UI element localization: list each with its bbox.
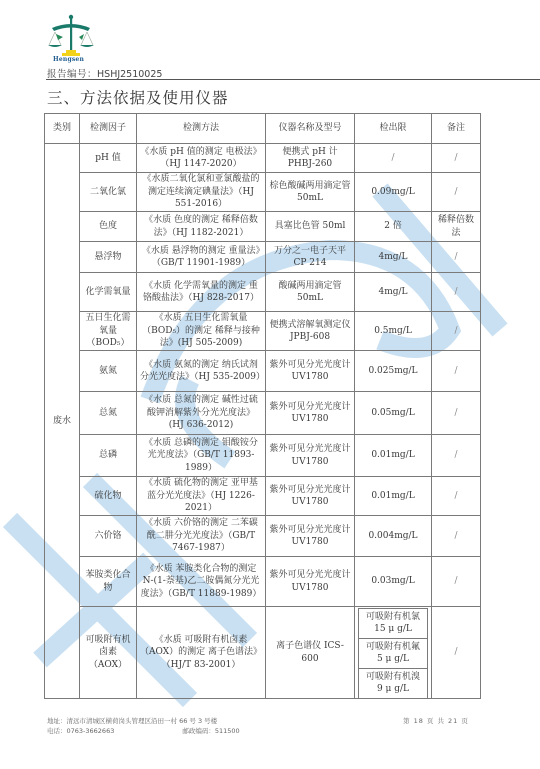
table-row: 五日生化需氧量（BOD₅） 《水质 五日生化需氧量（BOD₅）的测定 稀释与接种… — [45, 312, 481, 351]
limit-cell: / — [355, 144, 432, 173]
method-cell: 《水质 硫化物的测定 亚甲基蓝分光光度法》（HJ 1226-2021） — [137, 477, 266, 516]
limit-cell: 0.03mg/L — [355, 557, 432, 607]
method-cell: 《水质 氨氮的测定 纳氏试剂分光光度法》（HJ 535-2009） — [137, 351, 266, 392]
instrument-cell: 离子色谱仪 ICS-600 — [266, 607, 355, 699]
factor-cell: 悬浮物 — [80, 242, 137, 273]
instrument-cell: 便携式溶解氧测定仪 JPBJ-608 — [266, 312, 355, 351]
instrument-cell: 具塞比色管 50ml — [266, 212, 355, 242]
col-header-factor: 检测因子 — [80, 114, 137, 144]
table-row-aox: 可吸附有机卤素（AOX） 《水质 可吸附有机卤素（AOX）的测定 离子色谱法》（… — [45, 607, 481, 699]
limit-cell: 2 倍 — [355, 212, 432, 242]
factor-cell: 可吸附有机卤素（AOX） — [80, 607, 137, 699]
note-cell: / — [432, 516, 481, 557]
limit-value: 15 μ g/L — [362, 623, 424, 636]
note-cell: / — [432, 312, 481, 351]
table-row: 总氮 《水质 总氮的测定 碱性过硫酸钾消解紫外分光光度法》(HJ 636-201… — [45, 392, 481, 435]
limit-cell: 0.5mg/L — [355, 312, 432, 351]
col-header-limit: 检出限 — [355, 114, 432, 144]
col-header-method: 检测方法 — [137, 114, 266, 144]
factor-cell: 总磷 — [80, 435, 137, 477]
factor-cell: 总氮 — [80, 392, 137, 435]
footer-phone: 电话：0763-3662663 — [47, 727, 114, 735]
method-cell: 《水质 pH 值的测定 电极法》（HJ 1147-2020） — [137, 144, 266, 173]
method-cell: 《水质 悬浮物的测定 重量法》（GB/T 11901-1989） — [137, 242, 266, 273]
limit-cell: 0.09mg/L — [355, 173, 432, 212]
note-cell: / — [432, 144, 481, 173]
note-cell: / — [432, 477, 481, 516]
limit-cell: 0.05mg/L — [355, 392, 432, 435]
method-cell: 《水质二氧化氯和亚氯酸盐的测定连续滴定碘量法》（HJ 551-2016） — [137, 173, 266, 212]
method-cell: 《水质 五日生化需氧量（BOD₅）的测定 稀释与接种法》(HJ 505-2009… — [137, 312, 266, 351]
instrument-cell: 紫外可见分光光度计 UV1780 — [266, 557, 355, 607]
logo-text: Hengsen — [53, 56, 84, 63]
instrument-cell: 紫外可见分光光度计 UV1780 — [266, 351, 355, 392]
method-cell: 《水质 色度的测定 稀释倍数法》（HJ 1182-2021） — [137, 212, 266, 242]
section-title: 三、方法依据及使用仪器 — [47, 86, 229, 108]
col-header-instrument: 仪器名称及型号 — [266, 114, 355, 144]
note-cell: / — [432, 173, 481, 212]
factor-cell: 氨氮 — [80, 351, 137, 392]
footer-postcode: 邮政编码：511500 — [182, 726, 239, 736]
note-cell: / — [432, 435, 481, 477]
table-row: 六价铬 《水质 六价铬的测定 二苯碳酰二肼分光光度法》（GB/T 7467-19… — [45, 516, 481, 557]
instrument-cell: 紫外可见分光光度计 UV1780 — [266, 477, 355, 516]
table-header-row: 类别 检测因子 检测方法 仪器名称及型号 检出限 备注 — [45, 114, 481, 144]
instrument-cell: 酸碱两用滴定管 50mL — [266, 273, 355, 312]
method-cell: 《水质 六价铬的测定 二苯碳酰二肼分光光度法》（GB/T 7467-1987） — [137, 516, 266, 557]
table-row: 色度 《水质 色度的测定 稀释倍数法》（HJ 1182-2021） 具塞比色管 … — [45, 212, 481, 242]
header-divider — [46, 79, 540, 80]
instrument-cell: 紫外可见分光光度计 UV1780 — [266, 392, 355, 435]
note-cell: / — [432, 273, 481, 312]
note-cell: / — [432, 351, 481, 392]
limit-cell: 4mg/L — [355, 273, 432, 312]
hengsen-logo-icon — [46, 12, 96, 62]
page-number: 第 18 页 共 21 页 — [403, 716, 469, 726]
category-cell: 废水 — [45, 144, 80, 699]
note-cell: / — [432, 557, 481, 607]
table-row: 化学需氧量 《水质 化学需氧量的测定 重铬酸盐法》（HJ 828-2017） 酸… — [45, 273, 481, 312]
instrument-cell: 棕色酸碱两用滴定管 50mL — [266, 173, 355, 212]
limit-name: 可吸附有机氟 — [362, 641, 424, 654]
table-row: 二氧化氯 《水质二氧化氯和亚氯酸盐的测定连续滴定碘量法》（HJ 551-2016… — [45, 173, 481, 212]
instrument-cell: 便携式 pH 计 PHBJ-260 — [266, 144, 355, 173]
table-row: 悬浮物 《水质 悬浮物的测定 重量法》（GB/T 11901-1989） 万分之… — [45, 242, 481, 273]
note-cell: / — [432, 392, 481, 435]
table-row: 苯胺类化合物 《水质 苯胺类化合物的测定 N-(1-萘基)乙二胺偶氮分光光度法》… — [45, 557, 481, 607]
instrument-cell: 紫外可见分光光度计 UV1780 — [266, 435, 355, 477]
factor-cell: 六价铬 — [80, 516, 137, 557]
note-cell: / — [432, 607, 481, 699]
table-row: 硫化物 《水质 硫化物的测定 亚甲基蓝分光光度法》（HJ 1226-2021） … — [45, 477, 481, 516]
limit-cell: 0.01mg/L — [355, 435, 432, 477]
limit-cell: 0.01mg/L — [355, 477, 432, 516]
limit-name: 可吸附有机溴 — [362, 671, 424, 684]
instrument-cell: 万分之一电子天平 CP 214 — [266, 242, 355, 273]
instrument-cell: 紫外可见分光光度计 UV1780 — [266, 516, 355, 557]
note-cell: / — [432, 242, 481, 273]
report-number: 报告编号：HSHJ2510025 — [47, 66, 162, 80]
limit-cell: 4mg/L — [355, 242, 432, 273]
factor-cell: 五日生化需氧量（BOD₅） — [80, 312, 137, 351]
limit-subcell-group: 可吸附有机氯15 μ g/L 可吸附有机氟5 μ g/L 可吸附有机溴9 μ g… — [355, 607, 432, 699]
col-header-category: 类别 — [45, 114, 80, 144]
method-cell: 《水质 化学需氧量的测定 重铬酸盐法》（HJ 828-2017） — [137, 273, 266, 312]
aox-limit-bromine: 可吸附有机溴9 μ g/L — [359, 668, 428, 698]
factor-cell: 化学需氧量 — [80, 273, 137, 312]
limit-value: 9 μ g/L — [362, 683, 424, 696]
method-cell: 《水质 总磷的测定 钼酸铵分光光度法》（GB/T 11893-1989） — [137, 435, 266, 477]
limit-value: 5 μ g/L — [362, 653, 424, 666]
factor-cell: 色度 — [80, 212, 137, 242]
footer-address: 地址：清远市清城区横荷岗头管理区沿田一村 66 号 3 号楼 — [47, 716, 240, 726]
method-cell: 《水质 可吸附有机卤素（AOX）的测定 离子色谱法》（HJ/T 83-2001） — [137, 607, 266, 699]
table-row: 废水 pH 值 《水质 pH 值的测定 电极法》（HJ 1147-2020） 便… — [45, 144, 481, 173]
method-cell: 《水质 苯胺类化合物的测定 N-(1-萘基)乙二胺偶氮分光光度法》（GB/T 1… — [137, 557, 266, 607]
aox-limit-chlorine: 可吸附有机氯15 μ g/L — [359, 608, 428, 638]
limit-cell: 0.025mg/L — [355, 351, 432, 392]
limit-cell: 0.004mg/L — [355, 516, 432, 557]
note-cell: 稀释倍数法 — [432, 212, 481, 242]
methods-instruments-table: 类别 检测因子 检测方法 仪器名称及型号 检出限 备注 废水 pH 值 《水质 … — [44, 113, 481, 699]
factor-cell: 苯胺类化合物 — [80, 557, 137, 607]
col-header-note: 备注 — [432, 114, 481, 144]
method-cell: 《水质 总氮的测定 碱性过硫酸钾消解紫外分光光度法》(HJ 636-2012) — [137, 392, 266, 435]
factor-cell: pH 值 — [80, 144, 137, 173]
table-row: 氨氮 《水质 氨氮的测定 纳氏试剂分光光度法》（HJ 535-2009） 紫外可… — [45, 351, 481, 392]
table-row: 总磷 《水质 总磷的测定 钼酸铵分光光度法》（GB/T 11893-1989） … — [45, 435, 481, 477]
limit-name: 可吸附有机氯 — [362, 611, 424, 624]
factor-cell: 二氧化氯 — [80, 173, 137, 212]
factor-cell: 硫化物 — [80, 477, 137, 516]
aox-limit-fluorine: 可吸附有机氟5 μ g/L — [359, 638, 428, 668]
aox-limits: 可吸附有机氯15 μ g/L 可吸附有机氟5 μ g/L 可吸附有机溴9 μ g… — [358, 608, 428, 698]
footer-contact: 地址：清远市清城区横荷岗头管理区沿田一村 66 号 3 号楼 电话：0763-3… — [47, 716, 240, 736]
